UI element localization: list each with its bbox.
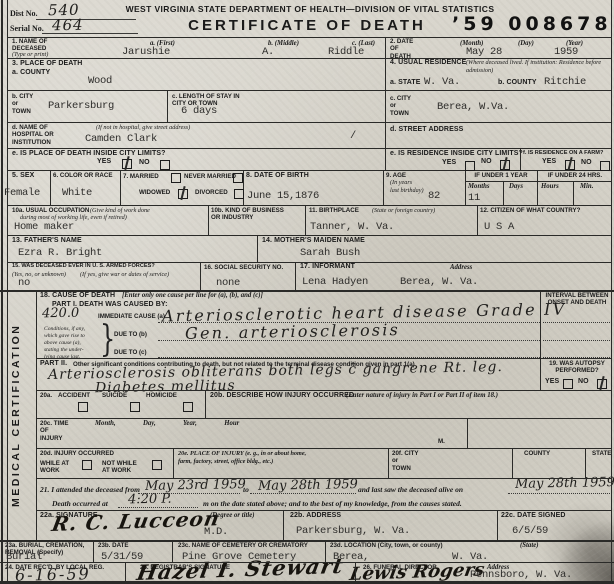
form-rule bbox=[205, 390, 206, 418]
form-rule bbox=[1, 0, 3, 584]
checkbox-residence-limits-yes bbox=[465, 161, 475, 171]
checkbox-residence-limits-no bbox=[500, 160, 510, 170]
form-rule bbox=[200, 262, 201, 290]
widowed-label: WIDOWED bbox=[139, 189, 170, 196]
describe-injury-label: 20b. DESCRIBE HOW INJURY OCCURRED. bbox=[210, 392, 356, 400]
form-rule bbox=[465, 181, 612, 182]
describe-injury-note: (Enter nature of injury in Part I or Par… bbox=[346, 392, 498, 399]
residence-limits-label: e. IS RESIDENCE INSIDE CITY LIMITS? bbox=[390, 150, 523, 158]
divorced-label: DIVORCED bbox=[195, 189, 228, 196]
street-address-label: d. STREET ADDRESS bbox=[390, 126, 463, 134]
checkbox-divorced bbox=[234, 189, 244, 199]
city-value: Parkersburg bbox=[48, 100, 114, 112]
checkbox-autopsy-yes bbox=[563, 379, 573, 389]
county-label: a. COUNTY bbox=[12, 69, 50, 77]
race-label: 6. COLOR OR RACE bbox=[53, 172, 112, 179]
residence-city-value: Berea, W.Va. bbox=[437, 101, 509, 113]
never-married-label: NEVER MARRIED bbox=[184, 173, 236, 180]
informant-label: 17. INFORMANT bbox=[300, 263, 355, 271]
form-rule bbox=[243, 170, 244, 205]
residence-county-value: Ritchie bbox=[544, 76, 586, 88]
age-value: 82 bbox=[428, 190, 440, 202]
place-of-death-label: 3. PLACE OF DEATH bbox=[12, 60, 82, 68]
form-rule bbox=[383, 170, 384, 205]
death-certificate-document: Dist No. 540 Serial No. 464 WEST VIRGINI… bbox=[0, 0, 614, 584]
attended-text-3: and last saw the deceased alive on bbox=[358, 485, 463, 494]
father-label: 13. FATHER'S NAME bbox=[12, 237, 82, 245]
armed-forces-label: 15. WAS DECEASED EVER IN U. S. ARMED FOR… bbox=[12, 263, 155, 269]
form-rule bbox=[611, 0, 612, 584]
birthplace-value: Tanner, W. Va. bbox=[310, 221, 394, 233]
certificate-title: CERTIFICATE OF DEATH bbox=[147, 17, 467, 34]
residence-county-label: b. COUNTY bbox=[498, 79, 537, 87]
form-rule bbox=[8, 37, 612, 38]
signer-address-value: Parkersburg, W. Va. bbox=[296, 525, 410, 537]
usual-residence-note: (Where deceased lived. If institution: R… bbox=[466, 59, 601, 75]
location-state-note: (State) bbox=[520, 542, 539, 549]
yes-label: YES bbox=[97, 158, 111, 166]
checkbox-farm-yes bbox=[565, 160, 575, 170]
hospital-value: Camden Clark bbox=[85, 133, 157, 145]
form-rule bbox=[0, 562, 614, 563]
day-label: (Day) bbox=[518, 40, 534, 47]
form-rule bbox=[173, 448, 174, 478]
form-rule bbox=[503, 181, 504, 205]
form-rule bbox=[467, 418, 468, 448]
medical-certification-side-label: MEDICAL CERTIFICATION bbox=[10, 295, 22, 535]
certificate-number-stamp: ’59 008678 bbox=[452, 13, 612, 35]
cause-code-value: 420.0 bbox=[42, 306, 79, 322]
degree-value: M.D. bbox=[204, 526, 228, 538]
form-rule bbox=[36, 448, 612, 449]
form-rule bbox=[36, 478, 612, 479]
attended-to-line bbox=[250, 493, 356, 494]
form-rule bbox=[385, 37, 386, 170]
age-note: (In years last birthday) bbox=[390, 179, 424, 195]
form-rule bbox=[120, 170, 121, 205]
interval-label: INTERVAL BETWEEN ONSET AND DEATH bbox=[542, 292, 612, 307]
dist-no-label: Dist No. bbox=[10, 9, 38, 18]
form-rule bbox=[208, 205, 209, 235]
no-label: NO bbox=[581, 159, 592, 167]
citizen-label: 12. CITIZEN OF WHAT COUNTRY? bbox=[480, 207, 580, 214]
form-rule bbox=[388, 448, 389, 478]
married-label: 7. MARRIED bbox=[123, 173, 159, 180]
form-rule bbox=[93, 540, 94, 562]
no-label: NO bbox=[578, 378, 589, 386]
form-rule bbox=[50, 170, 51, 205]
mother-value: Sarah Bush bbox=[300, 247, 360, 259]
injury-city-label: 20f. CITY or TOWN bbox=[392, 450, 418, 472]
form-rule bbox=[540, 290, 541, 390]
yes-label: YES bbox=[442, 159, 456, 167]
mother-label: 14. MOTHER'S MAIDEN NAME bbox=[262, 237, 365, 245]
last-alive-line bbox=[508, 493, 610, 494]
location-label: 23d. LOCATION (City, town, or county) bbox=[330, 542, 443, 549]
due-to-c-label: DUE TO (c) bbox=[114, 349, 147, 356]
business-label: 10b. KIND OF BUSINESS OR INDUSTRY bbox=[211, 207, 284, 222]
citizen-value: U S A bbox=[484, 221, 514, 233]
under-24-hrs-label: IF UNDER 24 HRS. bbox=[538, 172, 612, 179]
occupation-value: Home maker bbox=[14, 221, 74, 233]
form-rule bbox=[36, 418, 612, 419]
attended-text-1: 21. I attended the deceased from bbox=[40, 485, 140, 494]
form-rule bbox=[305, 205, 306, 235]
checkbox-place-limits-yes bbox=[122, 159, 132, 169]
form-rule bbox=[283, 510, 284, 540]
checkbox-suicide bbox=[130, 402, 140, 412]
dob-value: June 15,1876 bbox=[247, 190, 319, 202]
death-month-day-value: May 28 bbox=[466, 46, 502, 58]
meridiem-label: M. bbox=[438, 438, 445, 445]
form-rule bbox=[512, 448, 513, 478]
checkbox-accident bbox=[78, 402, 88, 412]
yes-label: YES bbox=[542, 158, 556, 166]
death-year-value: 1959 bbox=[554, 46, 578, 58]
date-of-death-label: 2. DATE OF DEATH bbox=[390, 38, 413, 60]
informant-value: Lena Hadyen bbox=[302, 276, 368, 288]
injury-county-label: COUNTY bbox=[524, 450, 550, 457]
hours-label: Hours bbox=[541, 183, 559, 190]
form-rule bbox=[8, 148, 612, 149]
autopsy-label: 19. WAS AUTOPSY PERFORMED? bbox=[542, 360, 612, 375]
form-rule bbox=[295, 262, 296, 290]
form-rule bbox=[257, 235, 258, 262]
form-rule bbox=[8, 122, 612, 123]
accident-group-label: 20a. bbox=[40, 392, 52, 399]
conditions-note: Conditions, if any, which gave rise to a… bbox=[44, 326, 85, 361]
homicide-label: HOMICIDE bbox=[146, 392, 177, 399]
checkbox-married bbox=[171, 173, 181, 183]
time-columns-label: Month, Day, Year, Hour bbox=[95, 420, 239, 427]
length-of-stay-value: 6 days bbox=[181, 105, 217, 117]
cemetery-label: 23c. NAME OF CEMETERY OR CREMATORY bbox=[178, 542, 308, 549]
form-rule bbox=[477, 205, 478, 235]
signer-address-label: 22b. ADDRESS bbox=[290, 512, 341, 520]
form-rule bbox=[167, 90, 168, 122]
death-occurred-text: Death occurred at bbox=[52, 499, 108, 508]
serial-no-value: 464 bbox=[52, 16, 84, 35]
race-value: White bbox=[62, 187, 92, 199]
injury-state-label: STATE bbox=[592, 450, 611, 457]
checkbox-while-at-work bbox=[82, 460, 92, 470]
sex-value: Female bbox=[4, 187, 40, 199]
residence-city-label: c. CITY or TOWN bbox=[390, 95, 411, 117]
degree-label: (Degree or title) bbox=[210, 512, 255, 519]
form-rule bbox=[8, 235, 612, 236]
months-label: Months bbox=[468, 183, 490, 190]
days-label: Days bbox=[509, 183, 523, 190]
checkbox-place-limits-no bbox=[160, 160, 170, 170]
birthplace-label: 11. BIRTHPLACE bbox=[309, 207, 359, 214]
form-rule bbox=[585, 448, 586, 478]
death-time-value: 4:20 P. bbox=[128, 492, 172, 508]
ssn-value: none bbox=[216, 277, 240, 289]
form-rule bbox=[36, 290, 37, 540]
time-of-injury-label: 20c. TIME OF INJURY bbox=[40, 420, 69, 442]
while-at-work-label: WHILE AT WORK bbox=[40, 460, 69, 475]
form-rule bbox=[125, 562, 126, 584]
hospital-mark: / bbox=[350, 130, 356, 142]
checkbox-not-while-at-work bbox=[152, 460, 162, 470]
dob-label: 8. DATE OF BIRTH bbox=[246, 172, 309, 180]
cause-of-death-label: 18. CAUSE OF DEATH bbox=[40, 292, 115, 300]
place-of-injury-label: 20e. PLACE OF INJURY (e. g., in or about… bbox=[178, 450, 306, 466]
serial-no-underline bbox=[42, 33, 138, 34]
hospital-label: d. NAME OF HOSPITAL OR INSTITUTION bbox=[12, 124, 54, 146]
months-value: 11 bbox=[468, 192, 480, 204]
attended-text-2: to bbox=[243, 485, 249, 494]
funeral-director-address-value: Pennsboro, W. Va. bbox=[470, 569, 572, 581]
checkbox-widowed bbox=[178, 189, 188, 199]
serial-no-label: Serial No. bbox=[10, 24, 44, 33]
form-rule bbox=[497, 510, 498, 540]
city-label: b. CITY or TOWN bbox=[12, 93, 33, 115]
registrar-signature: Hazel I. Stewart bbox=[135, 553, 346, 584]
accident-label: ACCIDENT bbox=[58, 392, 90, 399]
cause-note: [Enter only one cause per line for (a), … bbox=[122, 292, 263, 299]
interval-a-line bbox=[543, 322, 610, 323]
form-rule bbox=[325, 540, 326, 562]
interval-b-line bbox=[543, 340, 610, 341]
form-rule bbox=[8, 262, 612, 263]
no-label: NO bbox=[139, 159, 150, 167]
min-label: Min. bbox=[580, 183, 593, 190]
date-signed-label: 22c. DATE SIGNED bbox=[501, 512, 566, 520]
form-rule bbox=[8, 58, 612, 59]
father-value: Ezra R. Bright bbox=[18, 247, 102, 259]
attended-text-5: m on the date stated above; and to the b… bbox=[203, 499, 462, 508]
informant-address-label: Address bbox=[450, 264, 472, 271]
date-signed-value: 6/5/59 bbox=[512, 525, 548, 537]
form-rule bbox=[0, 290, 614, 292]
form-rule bbox=[573, 181, 574, 205]
first-name-value: Jarushie bbox=[122, 46, 170, 58]
residence-state-value: W. Va. bbox=[424, 76, 460, 88]
form-rule bbox=[8, 90, 612, 91]
yes-label: YES bbox=[545, 378, 559, 386]
county-value: Wood bbox=[88, 75, 112, 87]
hospital-note: (If not in hospital, give street address… bbox=[96, 124, 190, 132]
form-rule bbox=[8, 170, 612, 171]
burial-date-label: 23b. DATE bbox=[98, 542, 128, 549]
form-rule bbox=[172, 540, 173, 562]
form-rule bbox=[355, 562, 356, 584]
residence-state-label: a. STATE bbox=[390, 79, 421, 87]
form-rule bbox=[8, 205, 612, 206]
form-rule bbox=[36, 390, 612, 391]
armed-note2: (If yes, give war or dates of service) bbox=[80, 271, 169, 279]
checkbox-never-married bbox=[233, 173, 243, 183]
birthplace-note: (State or foreign country) bbox=[372, 207, 435, 215]
middle-name-value: A. bbox=[262, 46, 274, 58]
informant-address-value: Berea, W. Va. bbox=[400, 276, 478, 288]
form-rule bbox=[36, 358, 612, 359]
armed-value: no bbox=[18, 277, 30, 289]
ssn-label: 16. SOCIAL SECURITY NO. bbox=[204, 264, 283, 271]
conditions-brace: } bbox=[100, 318, 115, 360]
injury-occurred-label: 20d. INJURY OCCURRED bbox=[40, 450, 114, 457]
form-rule bbox=[465, 170, 466, 205]
due-to-b-label: DUE TO (b) bbox=[114, 331, 147, 338]
attended-to-value: May 28th 1959 bbox=[258, 477, 358, 494]
checkbox-farm-no bbox=[600, 161, 610, 171]
not-while-at-work-label: NOT WHILE AT WORK bbox=[102, 460, 137, 475]
last-name-value: Riddle bbox=[328, 46, 364, 58]
no-label: NO bbox=[481, 158, 492, 166]
under-1-year-label: IF UNDER 1 YEAR bbox=[466, 172, 536, 179]
checkbox-homicide bbox=[183, 402, 193, 412]
checkbox-autopsy-no bbox=[597, 379, 607, 389]
farm-label: f. IS RESIDENCE ON A FARM? bbox=[523, 150, 603, 156]
cause-b-value: Gen. arteriosclerosis bbox=[185, 320, 400, 343]
form-rule bbox=[7, 0, 8, 584]
form-rule bbox=[36, 510, 612, 511]
suicide-label: SUICIDE bbox=[102, 392, 127, 399]
usual-residence-label: 4. USUAL RESIDENCE bbox=[390, 59, 466, 67]
place-limits-label: e. IS PLACE OF DEATH INSIDE CITY LIMITS? bbox=[12, 150, 165, 158]
form-rule bbox=[537, 170, 538, 205]
form-rule bbox=[520, 148, 521, 170]
sex-label: 5. SEX bbox=[12, 172, 34, 180]
